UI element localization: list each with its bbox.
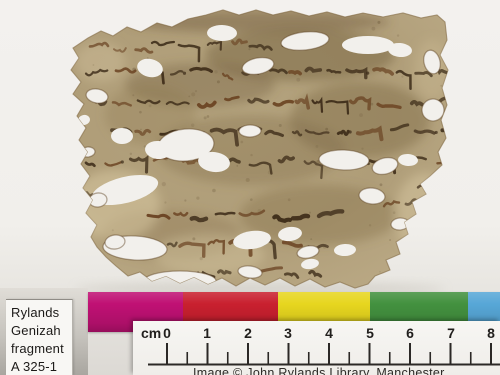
label-line: Rylands xyxy=(11,304,72,322)
label-line: fragment xyxy=(11,340,72,358)
digitization-scan: Rylands Genizah fragment A 325-1 cm 0 1 … xyxy=(0,0,500,375)
cm-ruler: cm 0 1 2 3 4 5 6 7 8 Image © John Ryland… xyxy=(133,321,500,375)
label-line: A 325-1 xyxy=(11,358,72,375)
shelfmark-label: Rylands Genizah fragment A 325-1 xyxy=(6,299,73,375)
copyright-credit: Image © John Rylands Library, Manchester xyxy=(193,366,445,375)
label-line: Genizah xyxy=(11,322,72,340)
